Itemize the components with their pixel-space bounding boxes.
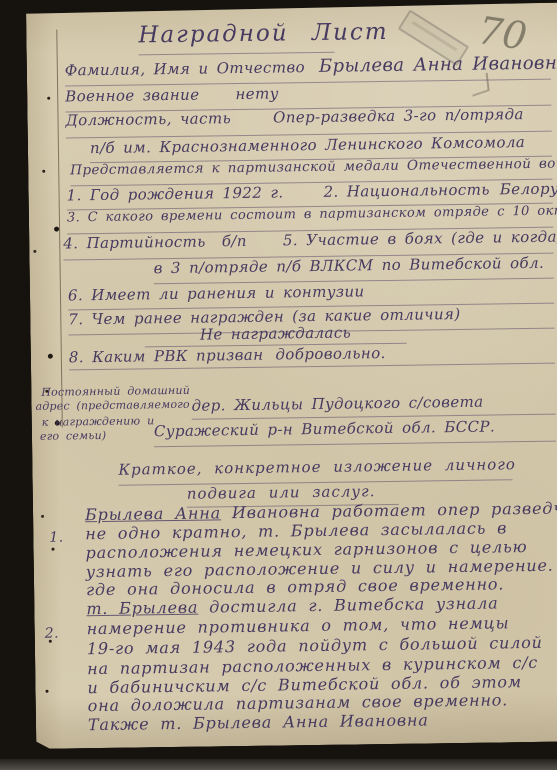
address-value-line-2: Суражеский р-н Витебской обл. БССР. [154, 417, 556, 448]
rvk-label: 8. Каким РВК призван [69, 346, 264, 367]
document-page: 70 Наградной Лист Фамилия, Имя и Отчеств… [26, 2, 557, 749]
service-value: с 10 октября 1942 г. [497, 202, 557, 219]
margin-rule-line [56, 30, 63, 428]
address-label-3: к награждению и [42, 414, 155, 429]
birth-label: 1. Год рождения [66, 184, 214, 204]
citation-line: Также т. Брылева Анна Ивановна [88, 710, 429, 734]
field-rvk: 8. Каким РВК призвандобровольно. [69, 342, 555, 371]
address-label-2: адрес (представляемого [35, 398, 189, 413]
underlined-name: Брылева Анна [85, 503, 221, 524]
scanned-document: 70 Наградной Лист Фамилия, Имя и Отчеств… [0, 0, 557, 770]
punch-holes [47, 97, 50, 100]
pencil-page-number: 70 [475, 8, 529, 58]
stamp-illegible-text [411, 21, 457, 52]
rvk-value: добровольно. [275, 344, 386, 364]
nationality-value: Белоруска [500, 179, 557, 198]
address-value-line-1: дер. Жильцы Пудоцкого с/совета [191, 392, 555, 420]
party-label: 4. Партийность [63, 233, 206, 253]
citation-item-1-number: 1. [49, 530, 63, 546]
birth-value: 1922 г. [222, 183, 283, 202]
document-title: Наградной Лист [138, 20, 334, 56]
scanner-edge-strip [0, 759, 557, 770]
surname-value: Брылева Анна Ивановна [319, 52, 557, 76]
underlined-name: т. Брылева [86, 598, 198, 619]
address-label-4: его семьи) [40, 429, 107, 443]
citation-heading-line-1: Краткое, конкретное изложение личного [118, 455, 512, 485]
nationality-label: 2. Национальность [323, 181, 490, 201]
battles-label: 5. Участие в боях (где и когда) [283, 228, 557, 250]
position-value: Опер-разведка 3-го п/отряда [273, 105, 524, 126]
citation-item-2-number: 2. [45, 626, 59, 642]
party-value: б/п [222, 232, 247, 250]
surname-label: Фамилия, Имя и Отчество [65, 58, 305, 79]
address-label-1: Постоянный домашний [41, 384, 190, 399]
rank-value: нету [235, 84, 279, 103]
position-label: Должность, часть [65, 109, 231, 129]
rank-label: Военное звание [65, 86, 199, 106]
